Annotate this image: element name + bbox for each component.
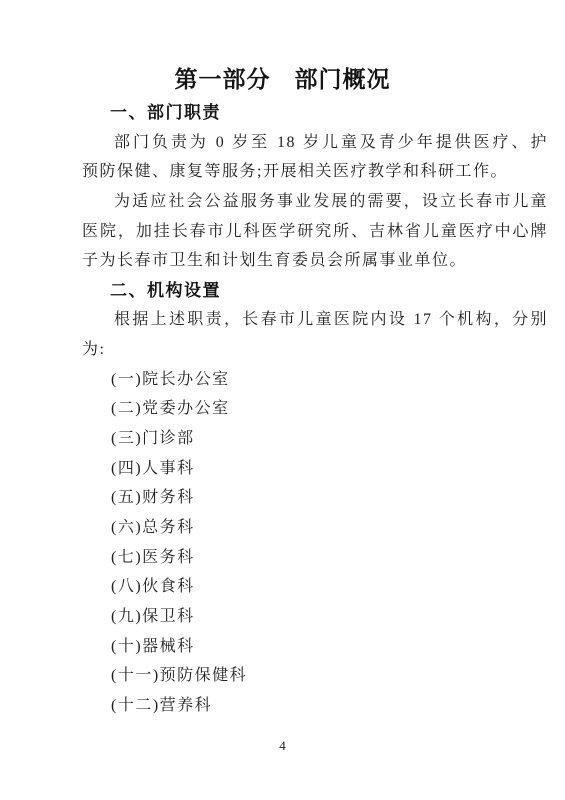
text-line: 子为长春市卫生和计划生育委员会所属事业单位。 bbox=[82, 246, 548, 276]
paragraph-organization-intro: 根据上述职责，长春市儿童医院内设 17 个机构，分别为: bbox=[82, 305, 548, 364]
document-page: 第一部分 部门概况 一、部门职责 部门负责为 0 岁至 18 岁儿童及青少年提供… bbox=[0, 0, 565, 800]
document-title: 第一部分 部门概况 bbox=[0, 63, 565, 95]
text-line: (六)总务科 bbox=[82, 513, 548, 543]
text-line: (二)党委办公室 bbox=[82, 394, 548, 424]
text-line: 医院，加挂长春市儿科医学研究所、吉林省儿童医疗中心牌 bbox=[82, 217, 548, 247]
text-line: (十二)营养科 bbox=[82, 691, 548, 721]
organization-list: (一)院长办公室(二)党委办公室(三)门诊部(四)人事科(五)财务科(六)总务科… bbox=[82, 365, 548, 721]
text-line: (五)财务科 bbox=[82, 483, 548, 513]
text-line: (八)伙食科 bbox=[82, 572, 548, 602]
paragraph-duties-services: 部门负责为 0 岁至 18 岁儿童及青少年提供医疗、护理、预防保健、康复等服务;… bbox=[82, 128, 548, 187]
text-line: 预防保健、康复等服务;开展相关医疗教学和科研工作。 bbox=[82, 157, 548, 187]
text-line: 为: bbox=[82, 335, 548, 365]
document-content: 一、部门职责 部门负责为 0 岁至 18 岁儿童及青少年提供医疗、护理、预防保健… bbox=[82, 98, 548, 720]
text-line: 为适应社会公益服务事业发展的需要，设立长春市儿童 bbox=[82, 187, 548, 217]
section-heading-organization-setup: 二、机构设置 bbox=[82, 276, 548, 306]
text-line: (七)医务科 bbox=[82, 543, 548, 573]
text-line: 部门负责为 0 岁至 18 岁儿童及青少年提供医疗、护理、 bbox=[82, 128, 548, 158]
section-heading-department-duties: 一、部门职责 bbox=[82, 98, 548, 128]
text-line: (三)门诊部 bbox=[82, 424, 548, 454]
text-line: (四)人事科 bbox=[82, 454, 548, 484]
page-number: 4 bbox=[0, 738, 565, 754]
text-line: (九)保卫科 bbox=[82, 602, 548, 632]
text-line: 根据上述职责，长春市儿童医院内设 17 个机构，分别 bbox=[82, 305, 548, 335]
text-line: (十)器械科 bbox=[82, 632, 548, 662]
paragraph-hospital-establishment: 为适应社会公益服务事业发展的需要，设立长春市儿童医院，加挂长春市儿科医学研究所、… bbox=[82, 187, 548, 276]
text-line: (十一)预防保健科 bbox=[82, 661, 548, 691]
text-line: (一)院长办公室 bbox=[82, 365, 548, 395]
